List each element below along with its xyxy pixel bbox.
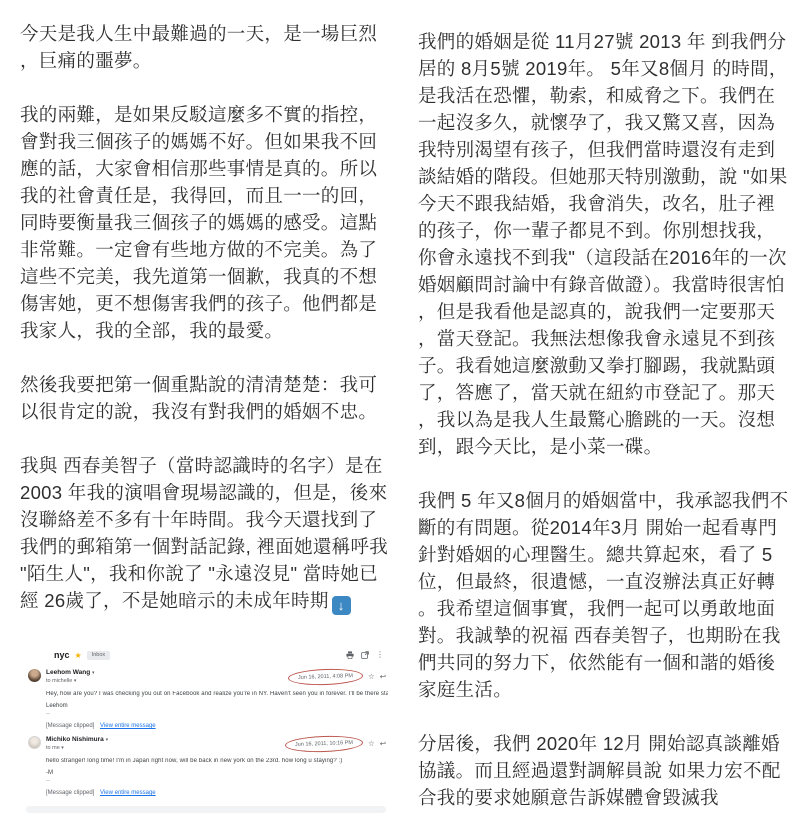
message-clipped-label: [Message clipped] <box>46 723 94 729</box>
signature-separator: -- <box>46 778 388 784</box>
email-subject-row: nyc ★ Inbox ⋮ <box>24 648 388 662</box>
star-outline-icon: ☆ <box>368 740 375 748</box>
gmail-screenshot: nyc ★ Inbox ⋮ Leehom <box>20 642 392 815</box>
chevron-down-icon: ▾ <box>106 737 109 743</box>
message-header: Leehom Wang ▾ to michelle ▾ Jun 16, 2011… <box>28 669 388 685</box>
inbox-label-badge: Inbox <box>87 651 110 660</box>
message-header: Michiko Nishimura ▾ to me ▾ Jun 16, 2011… <box>28 736 388 752</box>
avatar-leehom <box>28 669 41 682</box>
message-clipped-row: [Message clipped] View entire message <box>46 723 388 729</box>
paragraph-counseling: 我們 5 年又8個月的婚姻當中，我承認我們不斷的有問題。從2014年3月 開始一… <box>418 487 790 703</box>
message-meta: Jun 16, 2011, 10:16 PM ☆ ↩ <box>285 736 388 752</box>
open-in-new-icon <box>361 651 369 659</box>
date-red-circle: Jun 16, 2011, 10:16 PM <box>285 735 364 754</box>
right-text-column: 我們的婚姻是從 11月27號 2013 年 到我們分居的 8月5號 2019年。… <box>418 20 790 823</box>
email-subject: nyc <box>54 650 70 660</box>
message-signature: Leehom <box>46 703 388 709</box>
sender-name: Michiko Nishimura ▾ <box>46 736 108 743</box>
date-red-circle: Jun 16, 2011, 4:08 PM <box>288 668 363 687</box>
message-body: hello stranger! long time! I'm in Japan … <box>46 758 388 764</box>
paragraph-marriage-timeline: 我們的婚姻是從 11月27號 2013 年 到我們分居的 8月5號 2019年。… <box>418 28 790 460</box>
sender-block: Leehom Wang ▾ to michelle ▾ <box>46 669 95 684</box>
sender-block: Michiko Nishimura ▾ to me ▾ <box>46 736 108 751</box>
message-signature: -M <box>46 770 388 776</box>
paragraph-dilemma: 我的兩難，是如果反駁這麼多不實的指控，會對我三個孩子的媽媽不好。但如果我不回應的… <box>20 101 392 344</box>
more-options-icon: ⋮ <box>376 651 384 659</box>
screenshot-bottom-bar <box>26 806 386 813</box>
paragraph-how-we-met-text: 我與 西春美智子（當時認識時的名字）是在 2003 年我的演唱會現場認識的，但是… <box>20 455 388 611</box>
message-body: Hey, how are you? I was checking you out… <box>46 691 388 697</box>
avatar-michiko <box>28 736 41 749</box>
message-clipped-row: [Message clipped] View entire message <box>46 790 388 796</box>
post-image: 今天是我人生中最難過的一天，是一場巨烈，巨痛的噩夢。 我的兩難，是如果反駁這麼多… <box>0 0 800 823</box>
down-arrow-emoji-icon: ↓ <box>332 596 351 615</box>
chevron-down-icon: ▾ <box>92 670 95 676</box>
paragraph-first-point: 然後我要把第一個重點說的清清楚楚：我可以很肯定的說，我沒有對我們的婚姻不忠。 <box>20 371 392 425</box>
email-message-michiko: Michiko Nishimura ▾ to me ▾ Jun 16, 2011… <box>24 736 388 796</box>
sender-name: Leehom Wang ▾ <box>46 669 95 676</box>
paragraph-nightmare: 今天是我人生中最難過的一天，是一場巨烈，巨痛的噩夢。 <box>20 20 392 74</box>
reply-icon: ↩ <box>380 673 386 681</box>
chevron-down-icon: ▾ <box>61 745 64 751</box>
paragraph-divorce-talks: 分居後，我們 2020年 12月 開始認真談離婚協議。而且經過還對調解員說 如果… <box>418 730 790 811</box>
email-message-leehom: Leehom Wang ▾ to michelle ▾ Jun 16, 2011… <box>24 669 388 729</box>
message-clipped-label: [Message clipped] <box>46 790 94 796</box>
view-entire-message-link[interactable]: View entire message <box>100 790 156 796</box>
view-entire-message-link[interactable]: View entire message <box>100 723 156 729</box>
starred-icon: ★ <box>75 651 82 660</box>
message-meta: Jun 16, 2011, 4:08 PM ☆ ↩ <box>288 669 388 685</box>
chevron-down-icon: ▾ <box>74 678 77 684</box>
email-toolbar-icons: ⋮ <box>346 651 388 659</box>
recipient-line: to me ▾ <box>46 745 108 751</box>
left-text-column: 今天是我人生中最難過的一天，是一場巨烈，巨痛的噩夢。 我的兩難，是如果反駁這麼多… <box>20 20 392 823</box>
recipient-line: to michelle ▾ <box>46 678 95 684</box>
reply-icon: ↩ <box>380 740 386 748</box>
print-icon <box>346 651 354 659</box>
paragraph-how-we-met: 我與 西春美智子（當時認識時的名字）是在 2003 年我的演唱會現場認識的，但是… <box>20 452 392 615</box>
signature-separator: -- <box>46 711 388 717</box>
star-outline-icon: ☆ <box>368 673 375 681</box>
